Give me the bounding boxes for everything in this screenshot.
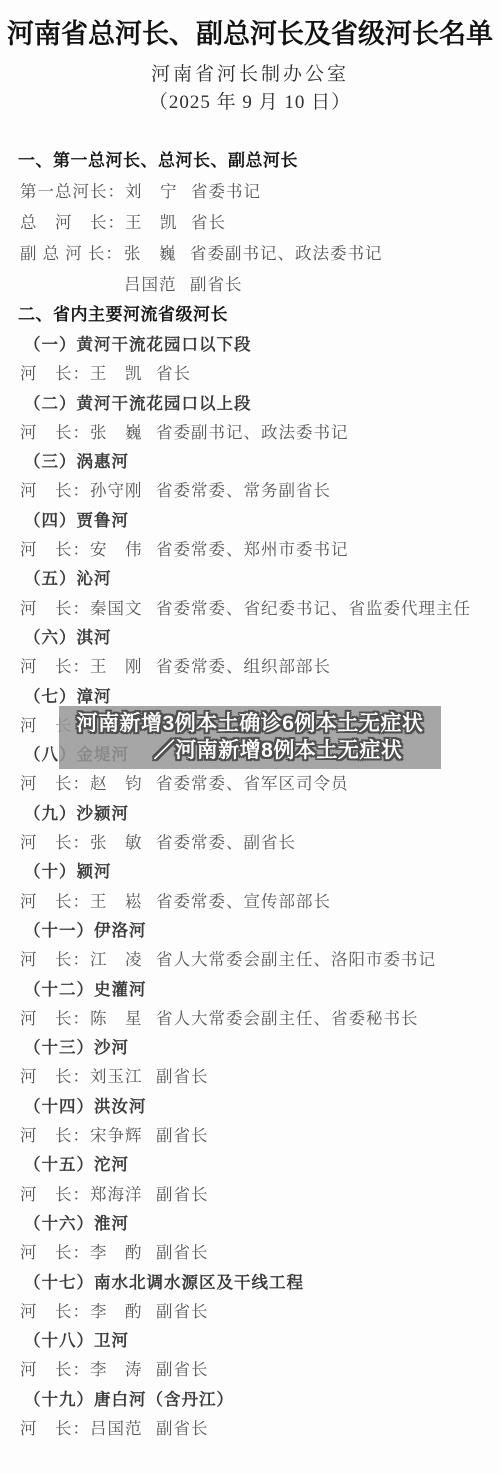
top-chiefs-list: 第一总河长：刘 宁省委书记 总 河 长：王 凯省长 副 总 河 长：张 巍省委副…: [0, 176, 500, 300]
person-name: 郑海洋: [90, 1180, 156, 1209]
person-name: 宋争辉: [90, 1121, 156, 1150]
person-title: 省委常委、郑州市委书记: [156, 540, 349, 559]
river-name: （一）黄河干流花园口以下段: [0, 330, 500, 359]
chief-row: 河 长：李 酌副省长: [0, 1297, 500, 1326]
person-name: 秦国文: [90, 594, 156, 623]
river-name: （十三）沙河: [0, 1033, 500, 1062]
river-name: （十九）唐白河（含丹江）: [0, 1385, 500, 1414]
person-name: 李 涛: [90, 1355, 156, 1384]
river-name: （九）沙颍河: [0, 799, 500, 828]
chief-row: 副 总 河 长：张 巍省委副书记、政法委书记: [0, 238, 500, 269]
chief-row: 河 长：赵 钧省委常委、省军区司令员: [0, 769, 500, 798]
chief-role-label: 河 长：: [20, 1355, 90, 1384]
person-title: 副省长: [156, 1360, 209, 1379]
river-entry: （十三）沙河 河 长：刘玉江副省长: [0, 1033, 500, 1092]
person-title: 省委副书记、政法委书记: [190, 244, 383, 263]
person-title: 省人大常委会副主任、洛阳市委书记: [156, 950, 436, 969]
chief-role-label: 河 长：: [20, 594, 90, 623]
person-title: 省委常委、组织部部长: [156, 657, 331, 676]
person-name: 陈 星: [90, 1004, 156, 1033]
chief-row: 吕国范副省长: [0, 269, 500, 300]
person-name: 王 凯: [125, 207, 191, 238]
person-title: 副省长: [156, 1067, 209, 1086]
river-entry: （十六）淮河 河 长：李 酌副省长: [0, 1209, 500, 1268]
river-name: （十七）南水北调水源区及干线工程: [0, 1268, 500, 1297]
river-name: （四）贾鲁河: [0, 506, 500, 535]
chief-row: 河 长：王 凯省长: [0, 359, 500, 388]
chief-row: 河 长：陈 星省人大常委会副主任、省委秘书长: [0, 1004, 500, 1033]
chief-role-label: 河 长：: [20, 1180, 90, 1209]
person-name: 王 凯: [90, 359, 156, 388]
person-name: 李 酌: [90, 1238, 156, 1267]
river-name: （二）黄河干流花园口以上段: [0, 389, 500, 418]
chief-role-label: 河 长：: [20, 1004, 90, 1033]
chief-row: 河 长：安 伟省委常委、郑州市委书记: [0, 535, 500, 564]
river-entry: （十九）唐白河（含丹江） 河 长：吕国范副省长: [0, 1385, 500, 1444]
issue-date: （2025 年 9 月 10 日）: [0, 88, 500, 118]
person-title: 省委常委、省军区司令员: [156, 774, 349, 793]
person-title: 省长: [156, 364, 191, 383]
river-name: （五）沁河: [0, 564, 500, 593]
river-name: （十一）伊洛河: [0, 916, 500, 945]
person-title: 省委常委、常务副省长: [156, 481, 331, 500]
chief-row: 河 长：王 刚省委常委、组织部部长: [0, 652, 500, 681]
issuing-office: 河南省河长制办公室: [0, 62, 500, 88]
river-name: （三）涡惠河: [0, 447, 500, 476]
person-title: 省委常委、宣传部部长: [156, 892, 331, 911]
caption-line2: ／河南新增8例本土无症状: [59, 737, 441, 764]
person-name: 赵 钧: [90, 769, 156, 798]
river-name: （十六）淮河: [0, 1209, 500, 1238]
river-entry: （二）黄河干流花园口以上段 河 长：张 巍省委副书记、政法委书记: [0, 389, 500, 448]
person-title: 副省长: [190, 275, 243, 294]
person-title: 省人大常委会副主任、省委秘书长: [156, 1009, 419, 1028]
river-entry: （六）淇河 河 长：王 刚省委常委、组织部部长: [0, 623, 500, 682]
section1-heading: 一、第一总河长、总河长、副总河长: [0, 146, 500, 176]
chief-role-label: 第一总河长：: [20, 176, 125, 207]
river-entry: （十二）史灌河 河 长：陈 星省人大常委会副主任、省委秘书长: [0, 975, 500, 1034]
section2-heading: 二、省内主要河流省级河长: [0, 300, 500, 330]
chief-row: 河 长：李 涛副省长: [0, 1355, 500, 1384]
chief-role-label: 河 长：: [20, 359, 90, 388]
person-title: 省委常委、省纪委书记、省监委代理主任: [156, 599, 471, 618]
person-name: 李 酌: [90, 1297, 156, 1326]
person-name: 王 刚: [90, 652, 156, 681]
chief-row: 河 长：孙守刚省委常委、常务副省长: [0, 476, 500, 505]
person-name: 孙守刚: [90, 476, 156, 505]
chief-row: 河 长：王 崧省委常委、宣传部部长: [0, 887, 500, 916]
chief-role-label: 河 长：: [20, 945, 90, 974]
document-page: 河南省总河长、副总河长及省级河长名单 河南省河长制办公室 （2025 年 9 月…: [0, 0, 500, 1474]
chief-role-label: 副 总 河 长：: [20, 238, 124, 269]
river-name: （十五）沱河: [0, 1150, 500, 1179]
person-title: 副省长: [156, 1419, 209, 1438]
person-name: 江 凌: [90, 945, 156, 974]
river-name: （十八）卫河: [0, 1326, 500, 1355]
chief-role-label: 河 长：: [20, 476, 90, 505]
chief-row: 第一总河长：刘 宁省委书记: [0, 176, 500, 207]
chief-row: 河 长：江 凌省人大常委会副主任、洛阳市委书记: [0, 945, 500, 974]
person-name: 刘 宁: [125, 176, 191, 207]
river-entry: （十）颍河 河 长：王 崧省委常委、宣传部部长: [0, 857, 500, 916]
river-chiefs-list: （一）黄河干流花园口以下段 河 长：王 凯省长 （二）黄河干流花园口以上段 河 …: [0, 330, 500, 1443]
person-title: 省长: [191, 213, 226, 232]
person-name: 张 敏: [90, 828, 156, 857]
person-title: 副省长: [156, 1302, 209, 1321]
person-name: 安 伟: [90, 535, 156, 564]
person-title: 省委书记: [191, 182, 261, 201]
chief-role-label: 河 长：: [20, 535, 90, 564]
chief-role-label: 河 长：: [20, 769, 90, 798]
chief-row: 河 长：张 敏省委常委、副省长: [0, 828, 500, 857]
chief-role-label: 总 河 长：: [20, 207, 125, 238]
chief-role-label: 河 长：: [20, 1297, 90, 1326]
chief-role-label: 河 长：: [20, 1121, 90, 1150]
chief-role-label: 河 长：: [20, 887, 90, 916]
chief-row: 河 长：郑海洋副省长: [0, 1180, 500, 1209]
person-title: 省委副书记、政法委书记: [156, 423, 349, 442]
person-name: 吕国范: [90, 1414, 156, 1443]
person-title: 副省长: [156, 1185, 209, 1204]
news-caption-overlay: 河南新增3例本土确诊6例本土无症状 ／河南新增8例本土无症状: [59, 706, 441, 769]
chief-role-label: 河 长：: [20, 828, 90, 857]
person-name: 刘玉江: [90, 1062, 156, 1091]
chief-role-label: 河 长：: [20, 418, 90, 447]
person-name: 王 崧: [90, 887, 156, 916]
chief-role-label: 河 长：: [20, 1062, 90, 1091]
chief-row: 河 长：张 巍省委副书记、政法委书记: [0, 418, 500, 447]
river-entry: （十八）卫河 河 长：李 涛副省长: [0, 1326, 500, 1385]
river-entry: （四）贾鲁河 河 长：安 伟省委常委、郑州市委书记: [0, 506, 500, 565]
river-entry: （十四）洪汝河 河 长：宋争辉副省长: [0, 1092, 500, 1151]
person-name: 吕国范: [124, 269, 190, 300]
river-entry: （三）涡惠河 河 长：孙守刚省委常委、常务副省长: [0, 447, 500, 506]
person-name: 张 巍: [90, 418, 156, 447]
page-title: 河南省总河长、副总河长及省级河长名单: [2, 16, 498, 52]
person-title: 副省长: [156, 1243, 209, 1262]
chief-row: 河 长：宋争辉副省长: [0, 1121, 500, 1150]
river-name: （六）淇河: [0, 623, 500, 652]
chief-row: 总 河 长：王 凯省长: [0, 207, 500, 238]
river-entry: （十五）沱河 河 长：郑海洋副省长: [0, 1150, 500, 1209]
river-entry: （一）黄河干流花园口以下段 河 长：王 凯省长: [0, 330, 500, 389]
person-title: 省委常委、副省长: [156, 833, 296, 852]
chief-row: 河 长：刘玉江副省长: [0, 1062, 500, 1091]
river-name: （十四）洪汝河: [0, 1092, 500, 1121]
chief-role-label: 河 长：: [20, 1414, 90, 1443]
river-entry: （十一）伊洛河 河 长：江 凌省人大常委会副主任、洛阳市委书记: [0, 916, 500, 975]
caption-line1: 河南新增3例本土确诊6例本土无症状: [59, 706, 441, 737]
person-title: 副省长: [156, 1126, 209, 1145]
chief-role-label: 河 长：: [20, 652, 90, 681]
river-entry: （九）沙颍河 河 长：张 敏省委常委、副省长: [0, 799, 500, 858]
river-entry: （十七）南水北调水源区及干线工程 河 长：李 酌副省长: [0, 1268, 500, 1327]
chief-row: 河 长：秦国文省委常委、省纪委书记、省监委代理主任: [0, 594, 500, 623]
river-name: （十二）史灌河: [0, 975, 500, 1004]
river-entry: （五）沁河 河 长：秦国文省委常委、省纪委书记、省监委代理主任: [0, 564, 500, 623]
chief-role-label: 河 长：: [20, 1238, 90, 1267]
river-name: （十）颍河: [0, 857, 500, 886]
chief-row: 河 长：吕国范副省长: [0, 1414, 500, 1443]
person-name: 张 巍: [124, 238, 190, 269]
chief-row: 河 长：李 酌副省长: [0, 1238, 500, 1267]
